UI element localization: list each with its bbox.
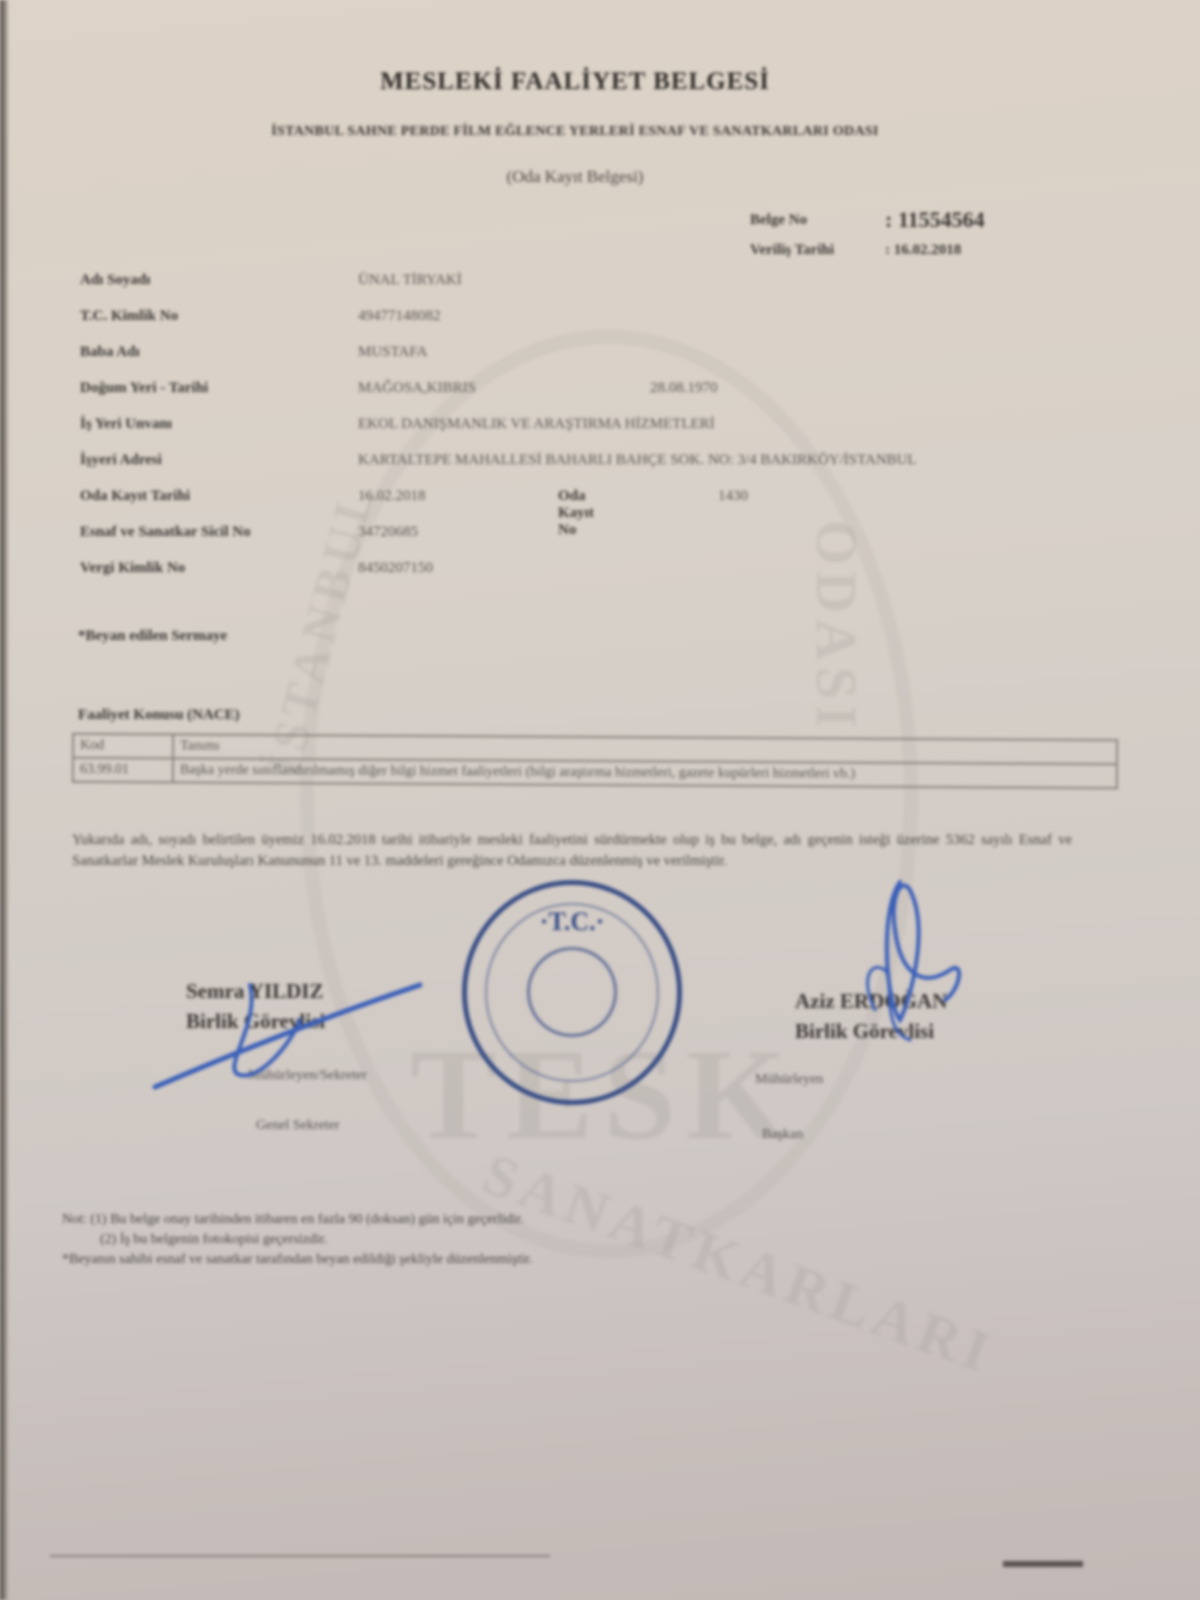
seal-emblem bbox=[527, 947, 617, 1037]
left-role-2: Genel Sekreter bbox=[256, 1118, 340, 1134]
field-label: Baba Adı bbox=[80, 344, 140, 361]
field-value: MUSTAFA bbox=[358, 344, 427, 361]
field-value: MAĞOSA,KIBRIS bbox=[358, 380, 476, 397]
footnotes: Not: (1) Bu belge onay tarihinden itibar… bbox=[62, 1210, 532, 1270]
registry-no-value: 1430 bbox=[718, 488, 748, 505]
field-value: KARTALTEPE MAHALLESİ BAHARLI BAHÇE SOK. … bbox=[358, 452, 917, 469]
doc-no-label: Belge No bbox=[750, 212, 885, 229]
nace-header-code: Kod bbox=[73, 734, 173, 759]
footer-divider bbox=[50, 1555, 550, 1557]
declared-capital-label: *Beyan edilen Sermaye bbox=[78, 628, 227, 645]
nace-code: 63.99.01 bbox=[73, 758, 173, 783]
document-info: Belge No : 11554564 Veriliş Tarihi : 16.… bbox=[750, 205, 985, 265]
field-label: İş Yeri Unvanı bbox=[80, 416, 172, 433]
field-value: 34720685 bbox=[358, 524, 418, 541]
nace-title: Faaliyet Konusu (NACE) bbox=[78, 707, 240, 724]
nace-table: Kod Tanımı 63.99.01 Başka yerde sınıflan… bbox=[72, 733, 1118, 789]
right-role-1: Mühürleyen bbox=[755, 1072, 823, 1088]
doc-no-value: : 11554564 bbox=[885, 207, 985, 233]
field-label: Vergi Kimlik No bbox=[80, 560, 185, 577]
field-value: 16.02.2018 bbox=[358, 488, 426, 505]
table-row: 63.99.01 Başka yerde sınıflandırılmamış … bbox=[73, 758, 1117, 788]
field-value: 8450207150 bbox=[358, 560, 433, 577]
official-seal-icon: ·T.C.· bbox=[462, 880, 682, 1105]
field-label: T.C. Kimlik No bbox=[80, 308, 178, 325]
document-subtitle: (Oda Kayıt Belgesi) bbox=[0, 167, 1150, 187]
field-label: İşyeri Adresi bbox=[80, 452, 162, 469]
right-role-2: Başkan bbox=[762, 1127, 803, 1143]
document-page: ODASI SANATKARLARI TESK İSTANBUL MESLEKİ… bbox=[0, 0, 1200, 1600]
paper-edge-shadow bbox=[0, 0, 8, 1600]
issue-date-label: Veriliş Tarihi bbox=[750, 242, 885, 259]
field-label: Adı Soyadı bbox=[80, 272, 150, 289]
issuer-name: İSTANBUL SAHNE PERDE FİLM EĞLENCE YERLER… bbox=[0, 124, 1150, 140]
field-value: ÜNAL TİRYAKİ bbox=[358, 272, 462, 289]
note-2: (2) İş bu belgenin fotokopisi geçersizdi… bbox=[62, 1230, 532, 1250]
watermark-text-right: ODASI bbox=[803, 520, 870, 734]
note-1: Not: (1) Bu belge onay tarihinden itibar… bbox=[62, 1210, 532, 1230]
field-value: EKOL DANIŞMANLIK VE ARAŞTIRMA HİZMETLERİ bbox=[358, 416, 715, 433]
registry-no-label: Oda Kayıt No bbox=[558, 488, 594, 539]
field-label: Oda Kayıt Tarihi bbox=[80, 488, 190, 505]
document-title: MESLEKİ FAALİYET BELGESİ bbox=[0, 68, 1150, 96]
birth-date-value: 28.08.1970 bbox=[650, 380, 718, 397]
seal-text: ·T.C.· bbox=[467, 907, 677, 937]
note-3: *Beyanın sahibi esnaf ve sanatkar tarafı… bbox=[62, 1250, 532, 1270]
field-value: 49477148082 bbox=[358, 308, 441, 325]
left-signature-icon bbox=[150, 975, 430, 1095]
right-signature-icon bbox=[840, 870, 980, 1050]
field-label: Esnaf ve Sanatkar Sicil No bbox=[80, 524, 251, 541]
nace-description: Başka yerde sınıflandırılmamış diğer bil… bbox=[173, 758, 1117, 788]
declaration-paragraph: Yukarıda adı, soyadı belirtilen üyemiz 1… bbox=[72, 830, 1072, 872]
footer-mark bbox=[1003, 1561, 1083, 1567]
issue-date-value: : 16.02.2018 bbox=[885, 242, 961, 259]
field-label: Doğum Yeri - Tarihi bbox=[80, 380, 208, 397]
